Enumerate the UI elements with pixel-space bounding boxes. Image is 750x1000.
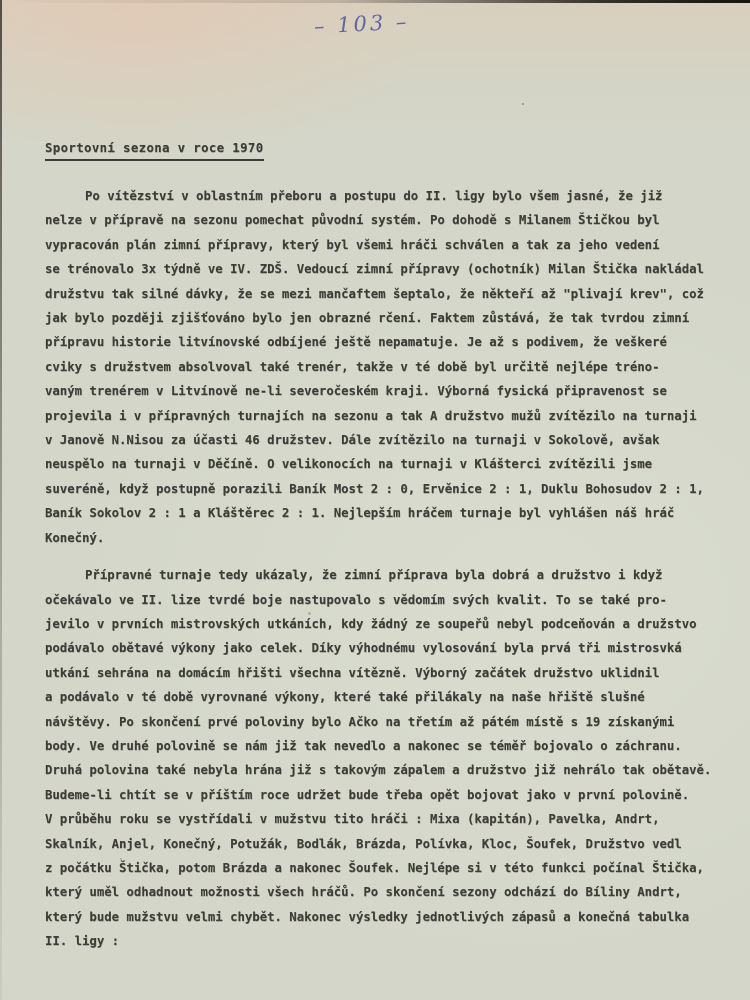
- paragraph-season-preparation: Po vítězství v oblastním přeboru a postu…: [45, 184, 717, 550]
- text-line: body. Ve druhé polovině se nám již tak n…: [45, 734, 717, 758]
- text-line: z počátku Štička, potom Brázda a nakonec…: [45, 856, 717, 880]
- scan-edge-top: [0, 0, 750, 3]
- text-line: Druhá polovina také nebyla hrána již s t…: [45, 758, 717, 782]
- text-line: návštěvy. Po skončení prvé poloviny bylo…: [45, 710, 717, 734]
- text-line: cviky s družstvem absolvoval také trenér…: [45, 355, 717, 379]
- text-line: přípravu historie litvínovské odbíjené j…: [45, 330, 717, 354]
- text-line: nelze v přípravě na sezonu pomechat půvo…: [45, 208, 717, 232]
- text-line: Budeme-li chtít se v příštím roce udržet…: [45, 783, 717, 807]
- paper-speck: [522, 103, 524, 105]
- text-line: se trénovalo 3x týdně ve IV. ZDŠ. Vedouc…: [45, 257, 717, 281]
- document-body: Po vítězství v oblastním přeboru a postu…: [45, 184, 717, 954]
- text-line: neuspělo na turnaji v Děčíně. O velikono…: [45, 452, 717, 476]
- text-line: Po vítězství v oblastním přeboru a postu…: [45, 184, 717, 208]
- text-line: II. ligy :: [45, 929, 717, 953]
- handwritten-page-number: – 103 –: [313, 10, 410, 39]
- text-line: projevila i v přípravných turnajích na s…: [45, 404, 717, 428]
- text-line: Baník Sokolov 2 : 1 a Kláštěrec 2 : 1. N…: [45, 501, 717, 525]
- text-line: Přípravné turnaje tedy ukázaly, že zimní…: [45, 563, 717, 587]
- text-line: vaným trenérem v Litvínově ne-li severoč…: [45, 379, 717, 403]
- text-line: vypracován plán zimní přípravy, který by…: [45, 233, 717, 257]
- text-line: utkání sehrána na domácím hřišti všechna…: [45, 661, 717, 685]
- text-line: očekávalo ve II. lize tvrdé boje nastupo…: [45, 588, 717, 612]
- paper-speck: [308, 612, 311, 615]
- text-line: podávalo obětavé výkony jako celek. Díky…: [45, 636, 717, 660]
- text-line: a podávalo v té době vyrovnané výkony, k…: [45, 685, 717, 709]
- document-page: – 103 – Sportovní sezona v roce 1970 Po …: [0, 0, 750, 1000]
- text-line: družstvu tak silné dávky, že se mezi man…: [45, 282, 717, 306]
- page-title: Sportovní sezona v roce 1970: [45, 141, 264, 161]
- paragraph-league-season: Přípravné turnaje tedy ukázaly, že zimní…: [45, 563, 717, 954]
- text-line: V průběhu roku se vystřídali v mužstvu t…: [45, 807, 717, 831]
- text-line: který uměl odhadnout možnosti všech hráč…: [45, 880, 717, 904]
- text-line: Konečný.: [45, 526, 717, 550]
- text-line: v Janově N.Nisou za účasti 46 družstev. …: [45, 428, 717, 452]
- paper-speck: [120, 858, 122, 860]
- text-line: jak bylo později zjišťováno bylo jen obr…: [45, 306, 717, 330]
- text-line: Skalník, Anjel, Konečný, Potužák, Bodlák…: [45, 832, 717, 856]
- text-line: suveréně, když postupně porazili Baník M…: [45, 477, 717, 501]
- scan-edge-left: [0, 0, 2, 1000]
- text-line: jevilo v prvních mistrovských utkáních, …: [45, 612, 717, 636]
- text-line: který bude mužstvu velmi chybět. Nakonec…: [45, 905, 717, 929]
